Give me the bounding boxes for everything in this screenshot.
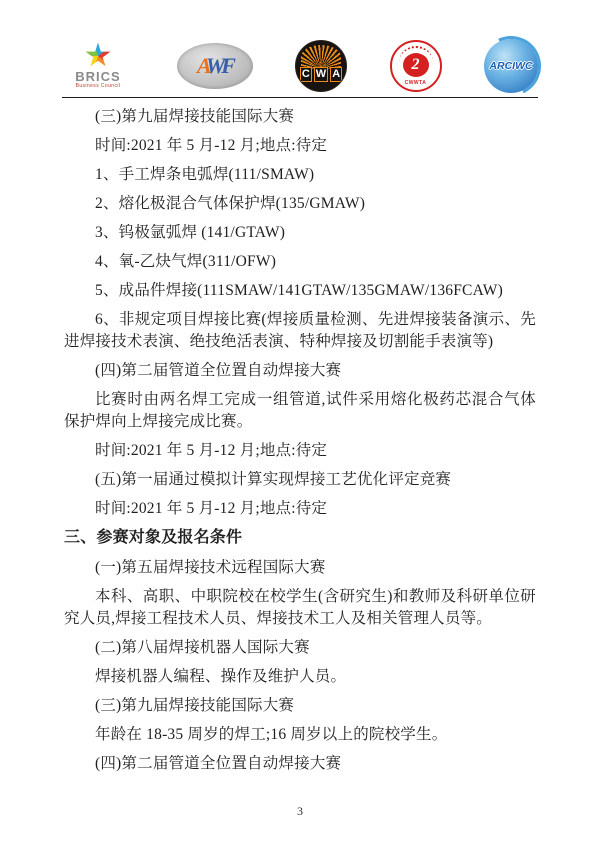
paragraph: 4、氧-乙炔气焊(311/OFW): [64, 251, 536, 273]
awf-letter-w: W: [206, 53, 222, 78]
paragraph: 比赛时由两名焊工完成一组管道,试件采用熔化极药芯混合气体保护焊向上焊接完成比赛。: [64, 389, 536, 433]
cwa-letter-a: A: [330, 67, 342, 82]
brics-wordmark: BRICS: [75, 70, 120, 83]
cwa-letter-c: C: [300, 67, 312, 82]
seal-center-mark: 2: [403, 53, 429, 77]
paragraph: (三)第九届焊接技能国际大赛: [64, 106, 536, 128]
paragraph: 本科、高职、中职院校在校学生(含研究生)和教师及科研单位研究人员,焊接工程技术人…: [64, 586, 536, 630]
paragraph: 年龄在 18-35 周岁的焊工;16 周岁以上的院校学生。: [64, 724, 536, 746]
paragraph: 焊接机器人编程、操作及维护人员。: [64, 666, 536, 688]
arciwc-wordmark: ARCIWC: [489, 60, 532, 72]
brics-sublabel: Business Council: [76, 83, 121, 90]
header-logo-strip: BRICS Business Council AWF CWA 2 CWWTA A…: [62, 36, 538, 96]
section-heading: 三、参赛对象及报名条件: [64, 527, 536, 549]
awf-letter-f: F: [221, 53, 232, 78]
paragraph: 时间:2021 年 5 月-12 月;地点:待定: [64, 440, 536, 462]
cwa-logo: CWA: [295, 40, 347, 92]
paragraph: 时间:2021 年 5 月-12 月;地点:待定: [64, 135, 536, 157]
document-page: BRICS Business Council AWF CWA 2 CWWTA A…: [0, 0, 600, 863]
brics-logo: BRICS Business Council: [62, 43, 134, 90]
paragraph: 3、钨极氩弧焊 (141/GTAW): [64, 222, 536, 244]
paragraph: 1、手工焊条电弧焊(111/SMAW): [64, 164, 536, 186]
cwa-letter-w: W: [314, 67, 328, 82]
paragraph: 5、成品件焊接(111SMAW/141GTAW/135GMAW/136FCAW): [64, 280, 536, 302]
cwa-wordmark: CWA: [296, 67, 346, 82]
paragraph: (五)第一届通过模拟计算实现焊接工艺优化评定竞赛: [64, 469, 536, 491]
document-body: (三)第九届焊接技能国际大赛时间:2021 年 5 月-12 月;地点:待定1、…: [0, 98, 600, 775]
page-number: 3: [0, 804, 600, 819]
paragraph: (四)第二届管道全位置自动焊接大赛: [64, 753, 536, 775]
paragraph: 2、熔化极混合气体保护焊(135/GMAW): [64, 193, 536, 215]
seal-sublabel: CWWTA: [392, 80, 440, 86]
welding-association-seal-logo: 2 CWWTA: [390, 40, 442, 92]
awf-globe-logo: AWF: [177, 43, 253, 89]
paragraph: (一)第五届焊接技术远程国际大赛: [64, 557, 536, 579]
brics-star-icon: [85, 43, 111, 69]
paragraph: (三)第九届焊接技能国际大赛: [64, 695, 536, 717]
paragraph: (四)第二届管道全位置自动焊接大赛: [64, 360, 536, 382]
paragraph: (二)第八届焊接机器人国际大赛: [64, 637, 536, 659]
paragraph: 时间:2021 年 5 月-12 月;地点:待定: [64, 498, 536, 520]
arciwc-globe-logo: ARCIWC: [484, 39, 538, 93]
awf-wordmark: AWF: [197, 56, 232, 76]
cwa-rays-icon: [301, 45, 341, 69]
awf-letter-a: A: [197, 53, 206, 78]
paragraph: 6、非规定项目焊接比赛(焊接质量检测、先进焊接装备演示、先进焊接技术表演、绝技绝…: [64, 309, 536, 353]
